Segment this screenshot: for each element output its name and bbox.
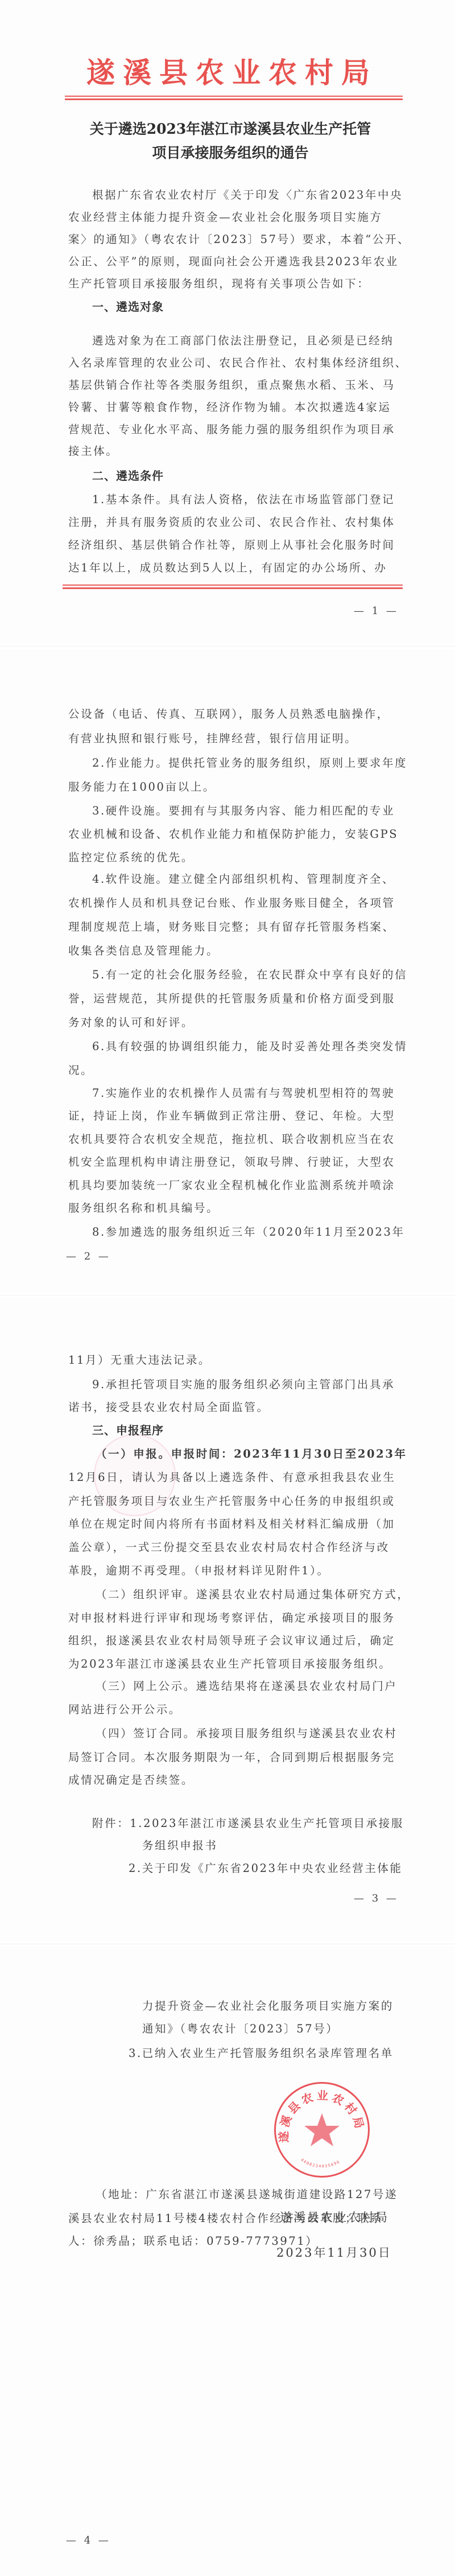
body-line: 产托管服务项目与农业生产托管服务中心任务的申报组织或: [68, 1494, 392, 1509]
org-header: 遂溪县农业农村局: [67, 56, 397, 90]
page-4: 力提升资金—农业社会化服务项目实施方案的 通知》（粤农农计〔2023〕57号） …: [0, 1947, 455, 2576]
body-line: 营规范、专业化水平高、服务能力强的服务组织作为项目承: [68, 422, 392, 437]
official-seal: 遂溪县农业农村局 4408234035696: [274, 2082, 370, 2178]
body-line: 7.实施作业的农机操作人员需有与驾驶机型相符的驾驶: [92, 1086, 416, 1101]
body-line: 根据广东省农业农村厅《关于印发〈广东省2023年中央: [92, 188, 416, 203]
attachment-line: 3.已纳入农业生产托管服务组织名录库管理名单: [129, 2046, 453, 2061]
body-line: 服务能力在1000亩以上。: [68, 780, 392, 795]
body-line: （三）网上公示。遴选结果将在遂溪县农业农村局门户: [96, 1679, 420, 1694]
doc-title-line2: 项目承接服务组织的通告: [63, 143, 398, 163]
page-divider: [0, 1944, 455, 1944]
section-heading-3: 三、申报程序: [92, 1423, 416, 1438]
page-2: 公设备（电话、传真、互联网），服务人员熟悉电脑操作， 有营业执照和银行账号，挂牌…: [0, 649, 455, 1292]
section-heading-2: 二、遴选条件: [92, 468, 416, 483]
attachment-line: 2.关于印发《广东省2023年中央农业经营主体能: [129, 1861, 453, 1876]
body-line: 农机操作人员和机具登记台账、作业服务账目健全，各项管: [68, 896, 392, 911]
body-line: 况。: [68, 1063, 392, 1078]
body-line: 诺书，接受县农业农村局全面监管。: [68, 1400, 392, 1415]
body-line: 务对象的认可和好评。: [68, 1015, 392, 1030]
body-line: 农业机械和设备、农机作业能力和植保防护能力，安装GPS: [68, 827, 392, 842]
body-line: 9.承担托管项目实施的服务组织必须向主管部门出具承: [92, 1377, 416, 1392]
body-line: 局签订合同。本次服务期限为一年，合同到期后根据服务完: [68, 1750, 392, 1765]
attachment-line: 通知》（粤农农计〔2023〕57号）: [142, 2022, 455, 2036]
body-line: 经济组织、基层供销合作社等，原则上从事社会化服务时间: [68, 538, 392, 553]
body-line: 案〉的通知》（粤农农计〔2023〕57号）要求，本着“公开、: [68, 232, 392, 247]
attachment-line: 力提升资金—农业社会化服务项目实施方案的: [142, 1999, 455, 2014]
body-line: 1.基本条件。具有法人资格，依法在市场监管部门登记: [92, 492, 416, 507]
body-line: 理制度规范上墙，财务账目完整；具有留存托管服务档案、: [68, 920, 392, 935]
body-line: 12月6日，请认为具备以上遴选条件、有意承担我县农业生: [68, 1470, 392, 1485]
body-line: 公正、公平”的原则，现面向社会公开遴选我县2023年农业: [68, 254, 392, 269]
body-line: （四）签订合同。承接项目服务组织与遂溪县农业农村: [96, 1726, 420, 1741]
body-line: 遴选对象为在工商部门依法注册登记，且必须是已经纳: [92, 334, 416, 348]
attachment-line: 附件：1.2023年湛江市遂溪县农业生产托管项目承接服: [92, 1816, 416, 1831]
body-line: 3.硬件设施。要拥有与其服务内容、能力相匹配的专业: [92, 804, 416, 818]
page-divider: [0, 646, 455, 647]
contact-line: 溪县农业农村局11号楼4楼农村合作经济与改革股；联系: [68, 2211, 392, 2226]
body-line: 对申报材料进行评审和现场考察评估，确定承接项目的服务: [68, 1611, 392, 1626]
header-red-rule-bottom: [65, 98, 403, 100]
svg-text:4408234035696: 4408234035696: [300, 2158, 341, 2169]
page-number: — 3 —: [354, 1892, 399, 1904]
doc-title-line1: 关于遴选2023年湛江市遂溪县农业生产托管: [63, 120, 398, 139]
body-line: 证，持证上岗，作业车辆做到正常注册、登记、年检。大型: [68, 1109, 392, 1124]
page-number: — 1 —: [354, 605, 399, 617]
body-line: 注册，并具有服务资质的农业公司、农民合作社、农村集体: [68, 515, 392, 530]
page-3: 11月）无重大违法记录。 9.承担托管项目实施的服务组织必须向主管部门出具承 诺…: [0, 1298, 455, 1941]
body-line: 5.有一定的社会化服务经验，在农民群众中享有良好的信: [92, 968, 416, 982]
body-line: 4.软件设施。建立健全内部组织机构、管理制度齐全、: [92, 872, 416, 887]
body-line: 公设备（电话、传真、互联网），服务人员熟悉电脑操作，: [68, 707, 392, 722]
body-line: 革股，逾期不再受理。（申报材料详见附件1）。: [68, 1563, 392, 1578]
body-line: 机安全监理机构申请注册登记，领取号牌、行驶证，大型农: [68, 1155, 392, 1170]
body-line: 8.参加遴选的服务组织近三年（2020年11月至2023年: [92, 1225, 416, 1240]
page-1: 遂溪县农业农村局 关于遴选2023年湛江市遂溪县农业生产托管 项目承接服务组织的…: [0, 0, 455, 643]
body-line: 农业经营主体能力提升资金—农业社会化服务项目实施方: [68, 210, 392, 225]
body-line: 接主体。: [68, 444, 392, 459]
body-line: 入名录库管理的农业公司、农民合作社、农村集体经济组织、: [68, 356, 392, 371]
body-line: 6.具有较强的协调组织能力，能及时妥善处理各类突发情: [92, 1039, 416, 1054]
body-line: 服务组织名称和机具编号。: [68, 1201, 392, 1216]
body-line: 成情况确定是否续签。: [68, 1773, 392, 1788]
body-line: 组织，报遂溪县农业农村局领导班子会议审议通过后，确定: [68, 1633, 392, 1648]
body-line: 网站进行公开公示。: [68, 1702, 392, 1717]
footer-red-rule-bottom: [63, 587, 403, 589]
body-line: 11月）无重大违法记录。: [68, 1353, 392, 1368]
body-line: （二）组织评审。遂溪县农业农村局通过集体研究方式，: [96, 1587, 420, 1602]
page-divider: [0, 1295, 455, 1295]
body-line: 单位在规定时间内将所有书面材料及相关材料汇编成册（加: [68, 1517, 392, 1532]
body-line: 生产托管项目承接服务组织，现将有关事项公告如下：: [68, 277, 392, 291]
body-line: 收集各类信息及管理能力。: [68, 944, 392, 958]
contact-line: （地址：广东省湛江市遂溪县遂城街道建设路127号遂: [96, 2187, 420, 2202]
body-line: 有营业执照和银行账号，挂牌经营，银行信用证明。: [68, 731, 392, 746]
header-red-rule-top: [65, 96, 403, 97]
body-line: 监控定位系统的优先。: [68, 850, 392, 865]
body-line: （一）申报。申报时间：2023年11月30日至2023年: [96, 1447, 420, 1462]
seal-star-icon: 遂溪县农业农村局 4408234035696: [276, 2084, 368, 2176]
body-line: 达1年以上，成员数达到5人以上，有固定的办公场所、办: [68, 561, 392, 575]
body-line: 农机具要符合农机安全规范，拖拉机、联合收割机应当在农: [68, 1132, 392, 1147]
body-line: 为2023年湛江市遂溪县农业生产托管项目承接服务组织。: [68, 1657, 392, 1672]
body-line: 机具均要加装统一厂家农业全程机械化作业监测系统并喷涂: [68, 1178, 392, 1193]
footer-red-rule-top: [63, 585, 403, 586]
body-line: 2.作业能力。提供托管业务的服务组织，原则上要求年度: [92, 756, 416, 771]
body-line: 基层供销合作社等各类服务组织，重点聚焦水稻、玉米、马: [68, 378, 392, 393]
body-line: 誉，运营规范，其所提供的托管服务质量和价格方面受到服: [68, 991, 392, 1006]
page-number: — 4 —: [66, 2534, 111, 2546]
body-line: 盖公章），一式三份提交至县农业农村局农村合作经济与改: [68, 1540, 392, 1555]
attachment-line: 务组织申报书: [142, 1838, 455, 1853]
section-heading-1: 一、遴选对象: [92, 299, 416, 314]
body-line: 铃薯、甘薯等粮食作物，经济作物为辅。本次拟遴选4家运: [68, 400, 392, 415]
page-number: — 2 —: [66, 1250, 111, 1262]
contact-line: 人：徐秀晶；联系电话：0759-7773971）: [68, 2234, 392, 2249]
